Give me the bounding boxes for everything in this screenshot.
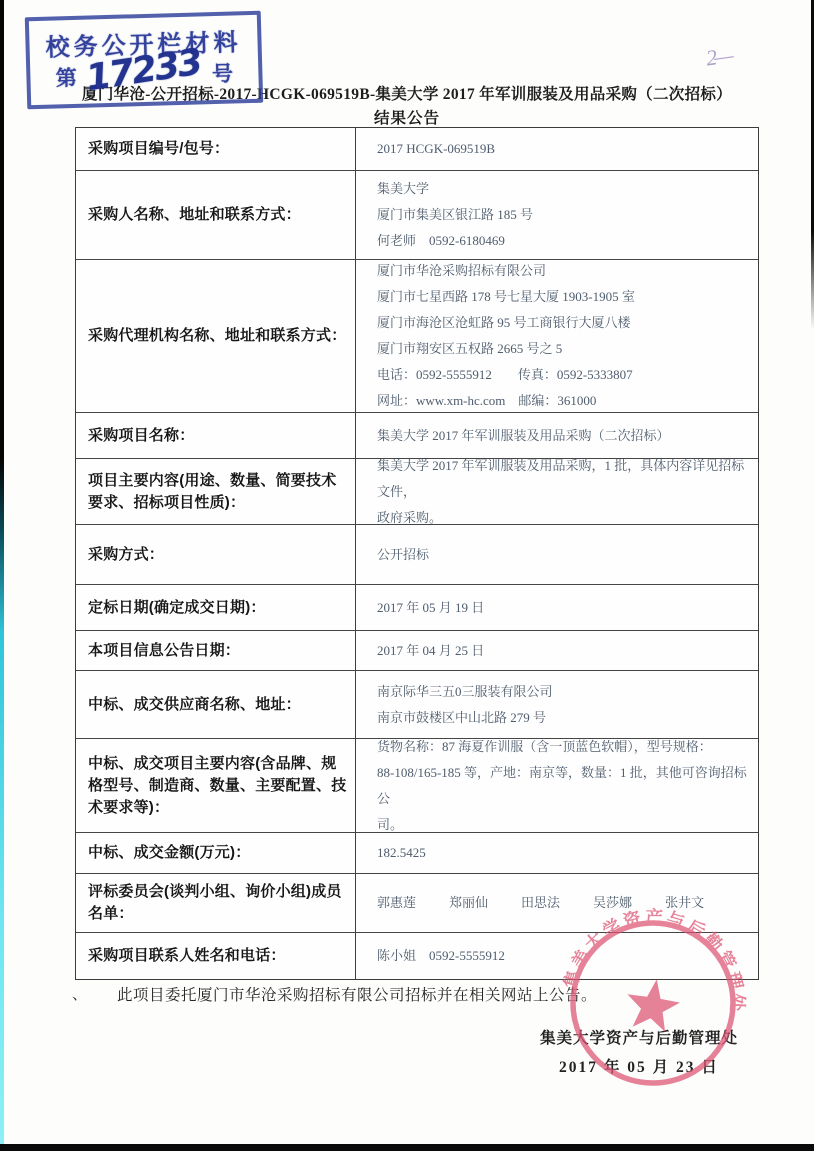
scanned-document-page: 校务公开栏材料 第 17233 号 2— 厦门华沧-公开招标-2017-HCGK… xyxy=(0,0,814,1151)
row-value: 公开招标 xyxy=(356,525,758,584)
row-value: 厦门市华沧采购招标有限公司 厦门市七星西路 178 号七星大厦 1903-190… xyxy=(356,260,758,412)
table-row: 本项目信息公告日期： 2017 年 04 月 25 日 xyxy=(76,630,758,670)
table-row: 采购项目编号/包号： 2017 HCGK-069519B xyxy=(76,128,758,170)
row-value: 2017 年 05 月 19 日 xyxy=(356,585,758,630)
procurement-result-table: 采购项目编号/包号： 2017 HCGK-069519B 采购人名称、地址和联系… xyxy=(75,127,759,980)
committee-member: 郑丽仙 xyxy=(449,890,488,916)
stamp-number-line: 第 17233 号 xyxy=(30,51,259,98)
value-line: 货物名称：87 海夏作训服（含一顶蓝色软帽），型号规格： xyxy=(377,734,750,760)
committee-member: 田思法 xyxy=(521,890,560,916)
value-line: 南京市鼓楼区中山北路 279 号 xyxy=(377,705,750,731)
row-value: 集美大学 2017 年军训服装及用品采购（二次招标） xyxy=(356,413,758,458)
value-line: 公开招标 xyxy=(377,542,750,568)
row-label: 中标、成交项目主要内容(含品牌、规格型号、制造商、数量、主要配置、技术要求等)： xyxy=(76,739,356,832)
row-label: 中标、成交供应商名称、地址： xyxy=(76,671,356,738)
pen-tick-mark: 、 xyxy=(72,983,87,1004)
value-line: 何老师 0592-6180469 xyxy=(377,228,750,254)
table-row: 项目主要内容(用途、数量、简要技术要求、招标项目性质)： 集美大学 2017 年… xyxy=(76,458,758,524)
table-row: 中标、成交金额(万元)： 182.5425 xyxy=(76,832,758,873)
scan-edge-bottom xyxy=(0,1144,814,1151)
row-label: 采购方式： xyxy=(76,525,356,584)
value-line: 集美大学 2017 年军训服装及用品采购，1 批，具体内容详见招标文件， xyxy=(377,453,750,505)
row-label: 采购代理机构名称、地址和联系方式： xyxy=(76,260,356,412)
value-line: 2017 年 05 月 19 日 xyxy=(377,595,750,621)
handwritten-corner-mark: 2— xyxy=(704,42,732,71)
value-line: 2017 年 04 月 25 日 xyxy=(377,638,750,664)
value-line: 厦门市华沧采购招标有限公司 xyxy=(377,258,750,284)
row-label: 中标、成交金额(万元)： xyxy=(76,833,356,873)
stamp-number-suffix: 号 xyxy=(212,57,234,88)
table-row: 中标、成交供应商名称、地址： 南京际华三五0三服装有限公司 南京市鼓楼区中山北路… xyxy=(76,670,758,738)
seal-star-icon xyxy=(623,975,683,1033)
stamp-number-prefix: 第 xyxy=(55,61,77,92)
table-row: 中标、成交项目主要内容(含品牌、规格型号、制造商、数量、主要配置、技术要求等)：… xyxy=(76,738,758,832)
row-label: 采购项目联系人姓名和电话： xyxy=(76,933,356,979)
row-value: 南京际华三五0三服装有限公司 南京市鼓楼区中山北路 279 号 xyxy=(356,671,758,738)
row-label: 采购人名称、地址和联系方式： xyxy=(76,171,356,259)
value-line: 182.5425 xyxy=(377,840,750,866)
value-line: 厦门市集美区银江路 185 号 xyxy=(377,202,750,228)
row-label: 本项目信息公告日期： xyxy=(76,631,356,670)
table-row: 采购方式： 公开招标 xyxy=(76,524,758,584)
red-official-seal: 集美大学资产与后勤管理处 xyxy=(539,889,768,1118)
row-value: 货物名称：87 海夏作训服（含一顶蓝色软帽），型号规格： 88-108/165-… xyxy=(356,739,758,832)
table-row: 采购项目名称： 集美大学 2017 年军训服装及用品采购（二次招标） xyxy=(76,412,758,458)
row-label: 项目主要内容(用途、数量、简要技术要求、招标项目性质)： xyxy=(76,459,356,524)
value-line: 集美大学 2017 年军训服装及用品采购（二次招标） xyxy=(377,423,750,449)
table-row: 定标日期(确定成交日期)： 2017 年 05 月 19 日 xyxy=(76,584,758,630)
value-line: 厦门市海沧区沧虹路 95 号工商银行大厦八楼 xyxy=(377,310,750,336)
value-line: 厦门市翔安区五权路 2665 号之 5 xyxy=(377,336,750,362)
row-label: 采购项目编号/包号： xyxy=(76,128,356,170)
row-value: 182.5425 xyxy=(356,833,758,873)
row-value: 2017 HCGK-069519B xyxy=(356,128,758,170)
value-line: 2017 HCGK-069519B xyxy=(377,136,750,162)
value-line: 南京际华三五0三服装有限公司 xyxy=(377,679,750,705)
row-label: 定标日期(确定成交日期)： xyxy=(76,585,356,630)
value-line: 电话：0592-5555912 传真：0592-5333807 xyxy=(377,362,750,388)
title-line-2: 结果公告 xyxy=(0,106,814,128)
table-row: 采购代理机构名称、地址和联系方式： 厦门市华沧采购招标有限公司 厦门市七星西路 … xyxy=(76,259,758,412)
row-label: 采购项目名称： xyxy=(76,413,356,458)
row-label: 评标委员会(谈判小组、询价小组)成员名单： xyxy=(76,874,356,932)
scan-edge-left xyxy=(0,0,4,1151)
table-row: 采购人名称、地址和联系方式： 集美大学 厦门市集美区银江路 185 号 何老师 … xyxy=(76,170,758,259)
value-line: 网址：www.xm-hc.com 邮编：361000 xyxy=(377,388,750,414)
committee-member: 郭惠莲 xyxy=(377,890,416,916)
row-value: 集美大学 2017 年军训服装及用品采购，1 批，具体内容详见招标文件， 政府采… xyxy=(356,459,758,524)
footnote-text: 此项目委托厦门市华沧采购招标有限公司招标并在相关网站上公告。 xyxy=(117,983,597,1005)
value-line: 集美大学 xyxy=(377,176,750,202)
value-line: 厦门市七星西路 178 号七星大厦 1903-1905 室 xyxy=(377,284,750,310)
row-value: 2017 年 04 月 25 日 xyxy=(356,631,758,670)
blue-office-stamp: 校务公开栏材料 第 17233 号 xyxy=(25,11,263,110)
row-value: 集美大学 厦门市集美区银江路 185 号 何老师 0592-6180469 xyxy=(356,171,758,259)
value-line: 88-108/165-185 等，产地：南京等，数量：1 批，其他可咨询招标公 xyxy=(377,760,750,812)
